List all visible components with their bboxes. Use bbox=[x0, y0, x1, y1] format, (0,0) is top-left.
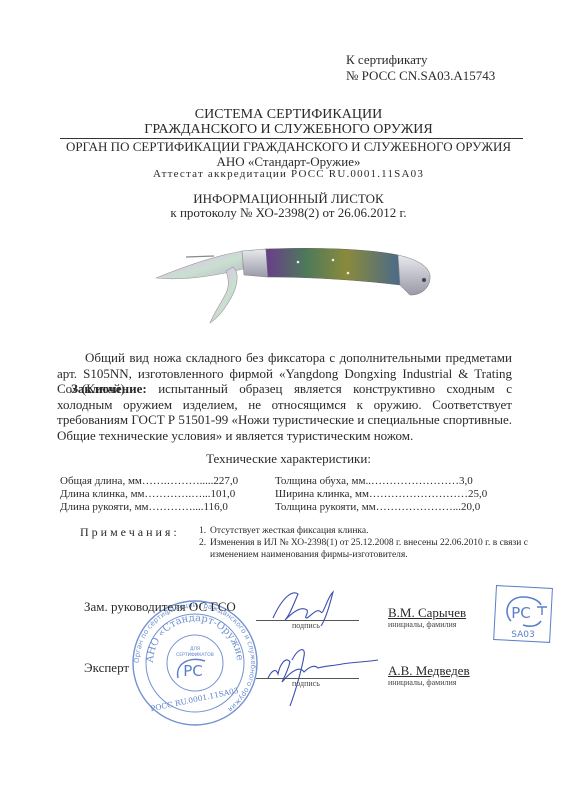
knife-image bbox=[148, 233, 438, 333]
spec-label: Длина рукояти, мм………….... bbox=[60, 501, 204, 513]
signatory-name: В.М. Сарычев bbox=[388, 605, 466, 621]
spec-row: Ширина клинка, мм………………………25,0 bbox=[275, 488, 487, 501]
conclusion-paragraph: Заключение: испытанный образец является … bbox=[57, 381, 512, 443]
signature-caption: подпись bbox=[292, 621, 320, 630]
signatory-name: А.В. Медведев bbox=[388, 663, 470, 679]
spec-label: Толщина рукояти, мм…………………... bbox=[275, 501, 461, 513]
spec-value: 20,0 bbox=[461, 501, 480, 513]
spec-row: Общая длина, мм…….……….....227,0 bbox=[60, 475, 238, 488]
svg-text:РС: РС bbox=[511, 604, 531, 622]
spec-row: Длина клинка, мм………….…...101,0 bbox=[60, 488, 238, 501]
notes-list: 1.Отсутствует жесткая фиксация клинка. 2… bbox=[199, 525, 529, 561]
organ-title: ОРГАН ПО СЕРТИФИКАЦИИ ГРАЖДАНСКОГО И СЛУ… bbox=[0, 139, 577, 154]
note-item: 2.Изменения в ИЛ № ХО-2398(1) от 25.12.2… bbox=[199, 537, 529, 561]
spec-value: 25,0 bbox=[468, 488, 487, 500]
notes-label: Примечания: bbox=[80, 525, 180, 540]
svg-text:SA03: SA03 bbox=[511, 630, 535, 640]
spec-row: Толщина рукояти, мм…………………...20,0 bbox=[275, 501, 487, 514]
spec-label: Толщина обуха, мм..…………………… bbox=[275, 475, 459, 487]
signature-caption: подпись bbox=[292, 679, 320, 688]
signatory-role-deputy: Зам. руководителя ОС ГСО bbox=[84, 599, 236, 615]
spec-row: Толщина обуха, мм..……………………3,0 bbox=[275, 475, 487, 488]
note-number: 1. bbox=[199, 525, 210, 537]
note-number: 2. bbox=[199, 537, 210, 561]
specs-right-column: Толщина обуха, мм..……………………3,0 Ширина кл… bbox=[275, 475, 487, 514]
official-stamp: Орган по сертификации гражданского и слу… bbox=[130, 598, 260, 728]
certificate-ref-number: № РОСС CN.SA03.A15743 bbox=[346, 68, 495, 84]
conclusion-label: Заключение: bbox=[71, 381, 147, 396]
svg-text:СЕРТИФИКАТОВ: СЕРТИФИКАТОВ bbox=[176, 652, 214, 658]
spec-value: 101,0 bbox=[211, 488, 236, 500]
note-text: Изменения в ИЛ № ХО-2398(1) от 25.12.200… bbox=[210, 537, 529, 561]
document-subtitle: к протоколу № ХО-2398(2) от 26.06.2012 г… bbox=[0, 205, 577, 220]
spec-value: 3,0 bbox=[459, 475, 473, 487]
spec-label: Ширина клинка, мм……………………… bbox=[275, 488, 468, 500]
system-title-line2: ГРАЖДАНСКОГО И СЛУЖЕБНОГО ОРУЖИЯ bbox=[0, 122, 577, 138]
certificate-ref-line1: К сертификату bbox=[346, 52, 495, 68]
note-item: 1.Отсутствует жесткая фиксация клинка. bbox=[199, 525, 529, 537]
certificate-reference: К сертификату № РОСС CN.SA03.A15743 bbox=[346, 52, 495, 84]
document-title: ИНФОРМАЦИОННЫЙ ЛИСТОК bbox=[0, 191, 577, 206]
note-text: Отсутствует жесткая фиксация клинка. bbox=[210, 525, 369, 537]
svg-text:ДЛЯ: ДЛЯ bbox=[190, 646, 200, 652]
system-title-line1: СИСТЕМА СЕРТИФИКАЦИИ bbox=[0, 107, 577, 123]
specs-title: Технические характеристики: bbox=[0, 451, 577, 467]
spec-label: Длина клинка, мм………….…... bbox=[60, 488, 211, 500]
svg-text:РС: РС bbox=[183, 662, 203, 680]
name-caption: инициалы, фамилия bbox=[388, 620, 456, 629]
rst-certification-mark: РС SA03 bbox=[493, 585, 555, 645]
spec-label: Общая длина, мм…….………..... bbox=[60, 475, 213, 487]
signatory-role-expert: Эксперт bbox=[84, 660, 129, 676]
spec-value: 227,0 bbox=[213, 475, 238, 487]
spec-row: Длина рукояти, мм…………....116,0 bbox=[60, 501, 238, 514]
spec-value: 116,0 bbox=[204, 501, 228, 513]
accreditation-line: Аттестат аккредитации РОСС RU.0001.11SA0… bbox=[0, 167, 577, 181]
specs-left-column: Общая длина, мм…….……….....227,0 Длина кл… bbox=[60, 475, 238, 514]
signature-medvedev bbox=[262, 640, 382, 710]
name-caption: инициалы, фамилия bbox=[388, 678, 456, 687]
